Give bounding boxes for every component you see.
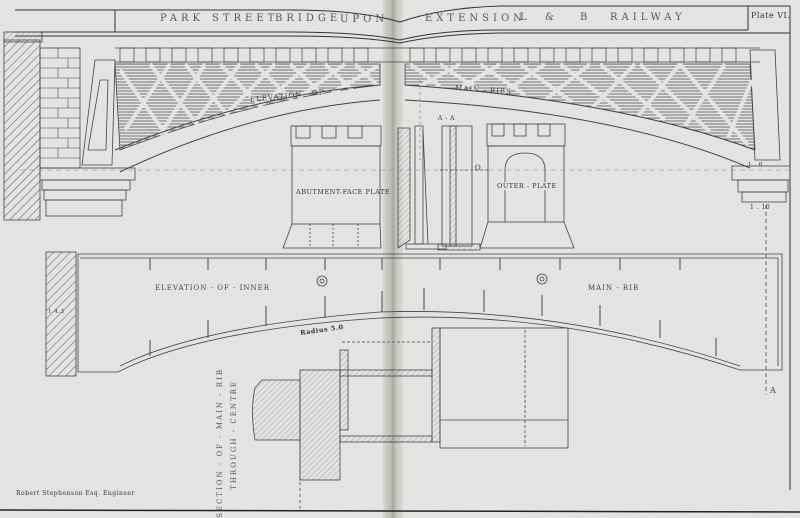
bearing-top-dimension: 1 . 6 [748, 162, 763, 168]
section-marker-a-a: A - A [438, 115, 455, 122]
parapet [115, 48, 760, 62]
abutment-face-plate-drawing [283, 126, 381, 248]
inner-rib-label-left: ELEVATION - OF - INNER [155, 284, 270, 292]
title-word-b: B [580, 12, 591, 23]
title-word-upon: UPON [340, 14, 388, 25]
main-rib-section [253, 328, 569, 510]
cross-sections [398, 126, 490, 250]
title-word-street: STREET [212, 13, 278, 24]
plate-number: Plate VI. [751, 11, 790, 20]
title-word-bridge: BRIDGE [275, 13, 341, 24]
inner-rib-dimension: 1.4.3 [48, 309, 65, 315]
title-word-l: L [520, 12, 531, 23]
title-word-amp: & [545, 12, 558, 23]
engineer-credit: Robert Stephenson Esq. Engineer [16, 490, 135, 497]
section-label-line1: SECTION - OF - MAIN - RIB [216, 368, 224, 518]
right-marker-a: A [770, 386, 776, 395]
engineering-drawing [0, 0, 800, 518]
title-word-park: PARK [160, 13, 204, 24]
outer-plate-label: OUTER - PLATE [497, 182, 557, 190]
abutment-face-plate-label: ABUTMENT-FACE PLATE [296, 188, 390, 196]
bottom-border [0, 510, 800, 512]
inner-rib-label-right: MAIN - RIB [588, 284, 639, 292]
inner-rib-elevation [46, 252, 782, 376]
section-label-line2: THROUGH - CENTRE [230, 380, 238, 490]
left-abutment [4, 32, 135, 220]
bearing-dimension: 1 . 10 [750, 204, 770, 211]
section-marker-o: O [475, 164, 481, 172]
title-word-railway: RAILWAY [610, 12, 686, 23]
title-word-extension: EXTENSION [425, 13, 526, 24]
